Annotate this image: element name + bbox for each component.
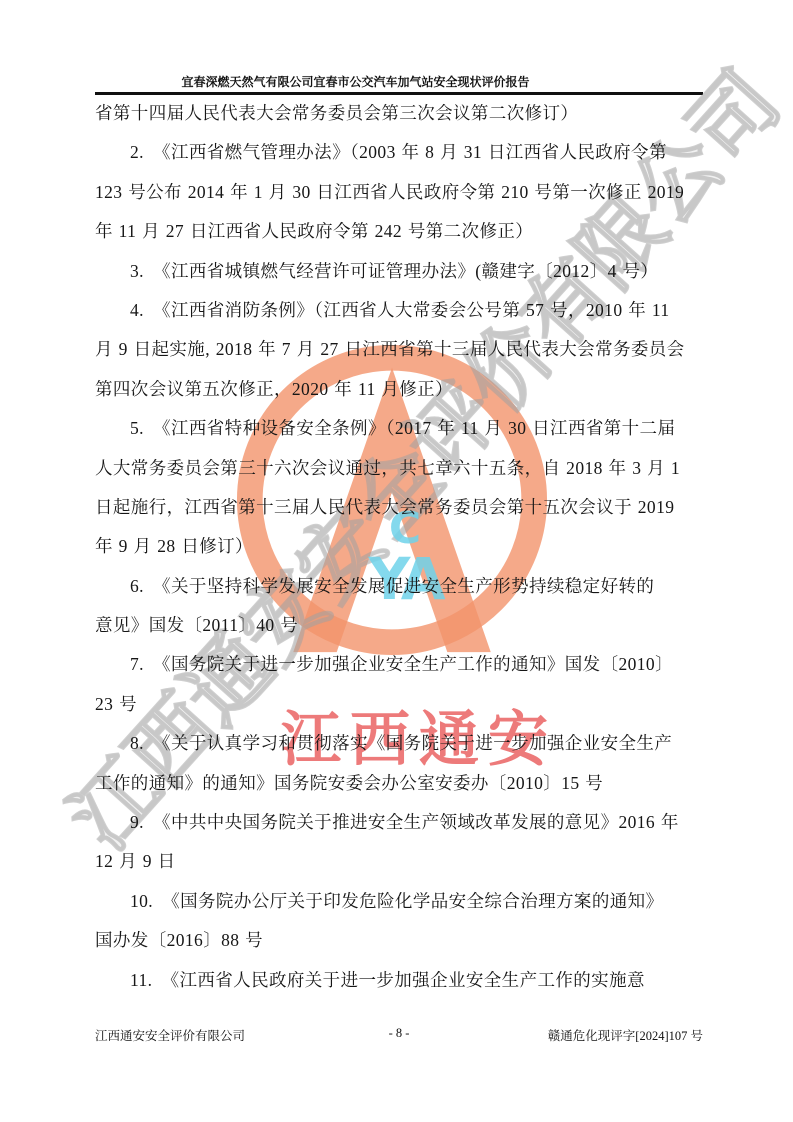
body-line: 年 9 月 28 日修订） xyxy=(95,527,709,566)
body-line: 123 号公布 2014 年 1 月 30 日江西省人民政府令第 210 号第一… xyxy=(95,173,709,212)
page-header-title: 宜春深燃天然气有限公司宜春市公交汽车加气站安全现状评价报告 xyxy=(52,73,659,90)
body-line: 2. 《江西省燃气管理办法》（2003 年 8 月 31 日江西省人民政府令第 xyxy=(95,133,709,172)
body-line: 第四次会议第五次修正，2020 年 11 月修正） xyxy=(95,370,709,409)
body-line: 9. 《中共中央国务院关于推进安全生产领域改革发展的意见》2016 年 xyxy=(95,803,709,842)
body-line: 5. 《江西省特种设备安全条例》（2017 年 11 月 30 日江西省第十二届 xyxy=(95,409,709,448)
body-line: 月 9 日起实施, 2018 年 7 月 27 日江西省第十三届人民代表大会常务… xyxy=(95,330,709,369)
body-line: 3. 《江西省城镇燃气经营许可证管理办法》(赣建字〔2012〕4 号） xyxy=(95,252,709,291)
body-line: 工作的通知》的通知》国务院安委会办公室安委办〔2010〕15 号 xyxy=(95,764,709,803)
body-line: 省第十四届人民代表大会常务委员会第三次会议第二次修订） xyxy=(95,94,709,133)
document-body: 省第十四届人民代表大会常务委员会第三次会议第二次修订）2. 《江西省燃气管理办法… xyxy=(95,94,709,1000)
body-line: 4. 《江西省消防条例》（江西省人大常委会公号第 57 号，2010 年 11 xyxy=(95,291,709,330)
footer-doc-number: 赣通危化现评字[2024]107 号 xyxy=(548,1026,703,1044)
body-line: 国办发〔2016〕88 号 xyxy=(95,921,709,960)
body-line: 23 号 xyxy=(95,685,709,724)
report-page: C YA 江西通安安全评价有限公司 江西通安 宜春深燃天然气有限公司宜春市公交汽… xyxy=(0,0,793,1122)
body-line: 年 11 月 27 日江西省人民政府令第 242 号第二次修正） xyxy=(95,212,709,251)
body-line: 日起施行，江西省第十三届人民代表大会常务委员会第十五次会议于 2019 xyxy=(95,488,709,527)
body-line: 人大常务委员会第三十六次会议通过，共七章六十五条，自 2018 年 3 月 1 xyxy=(95,449,709,488)
body-line: 7. 《国务院关于进一步加强企业安全生产工作的通知》国发〔2010〕 xyxy=(95,645,709,684)
body-line: 12 月 9 日 xyxy=(95,842,709,881)
body-line: 8. 《关于认真学习和贯彻落实《国务院关于进一步加强企业安全生产 xyxy=(95,724,709,763)
body-line: 10. 《国务院办公厅关于印发危险化学品安全综合治理方案的通知》 xyxy=(95,882,709,921)
body-line: 6. 《关于坚持科学发展安全发展促进安全生产形势持续稳定好转的 xyxy=(95,567,709,606)
body-line: 意见》国发〔2011〕40 号 xyxy=(95,606,709,645)
body-line: 11. 《江西省人民政府关于进一步加强企业安全生产工作的实施意 xyxy=(95,961,709,1000)
